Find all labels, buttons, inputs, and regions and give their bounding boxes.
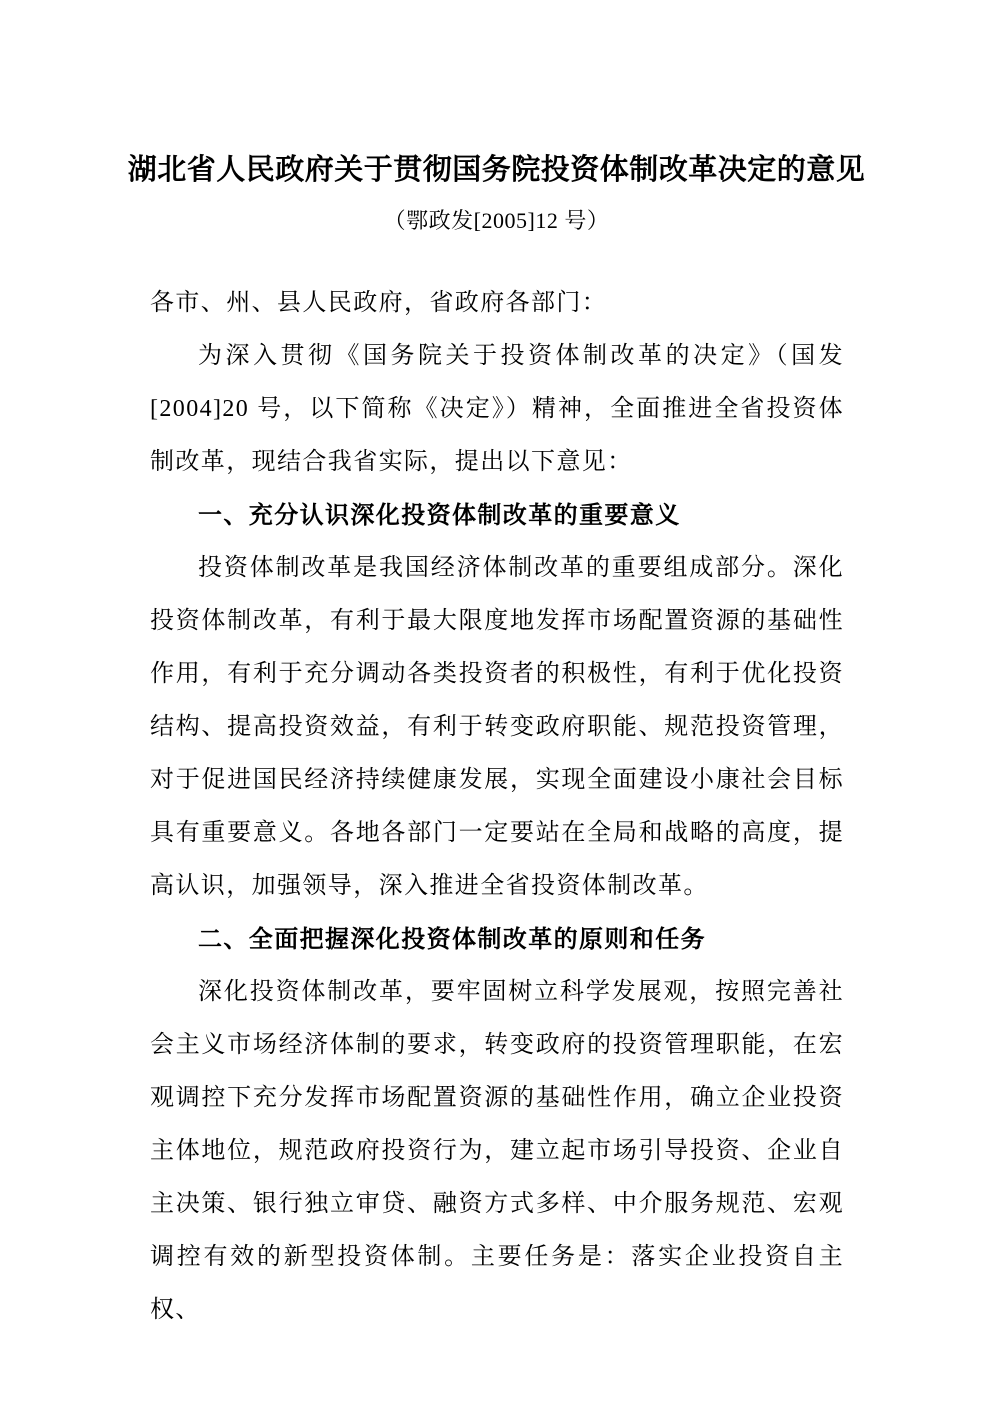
document-number: （鄂政发[2005]12 号）: [0, 206, 993, 236]
section-heading: 二、全面把握深化投资体制改革的原则和任务: [150, 913, 844, 966]
document-title: 湖北省人民政府关于贯彻国务院投资体制改革决定的意见: [70, 150, 923, 190]
section-heading: 一、充分认识深化投资体制改革的重要意义: [150, 489, 844, 542]
body-paragraph: 深化投资体制改革，要牢固树立科学发展观，按照完善社会主义市场经济体制的要求，转变…: [150, 966, 844, 1337]
body-paragraph: 为深入贯彻《国务院关于投资体制改革的决定》（国发[2004]20 号，以下简称《…: [150, 330, 844, 489]
body-paragraph: 投资体制改革是我国经济体制改革的重要组成部分。深化投资体制改革，有利于最大限度地…: [150, 542, 844, 913]
document-page: 湖北省人民政府关于贯彻国务院投资体制改革决定的意见 （鄂政发[2005]12 号…: [0, 0, 993, 1404]
salutation-line: 各市、州、县人民政府，省政府各部门：: [150, 277, 844, 330]
document-body: 各市、州、县人民政府，省政府各部门：为深入贯彻《国务院关于投资体制改革的决定》（…: [150, 277, 844, 1337]
